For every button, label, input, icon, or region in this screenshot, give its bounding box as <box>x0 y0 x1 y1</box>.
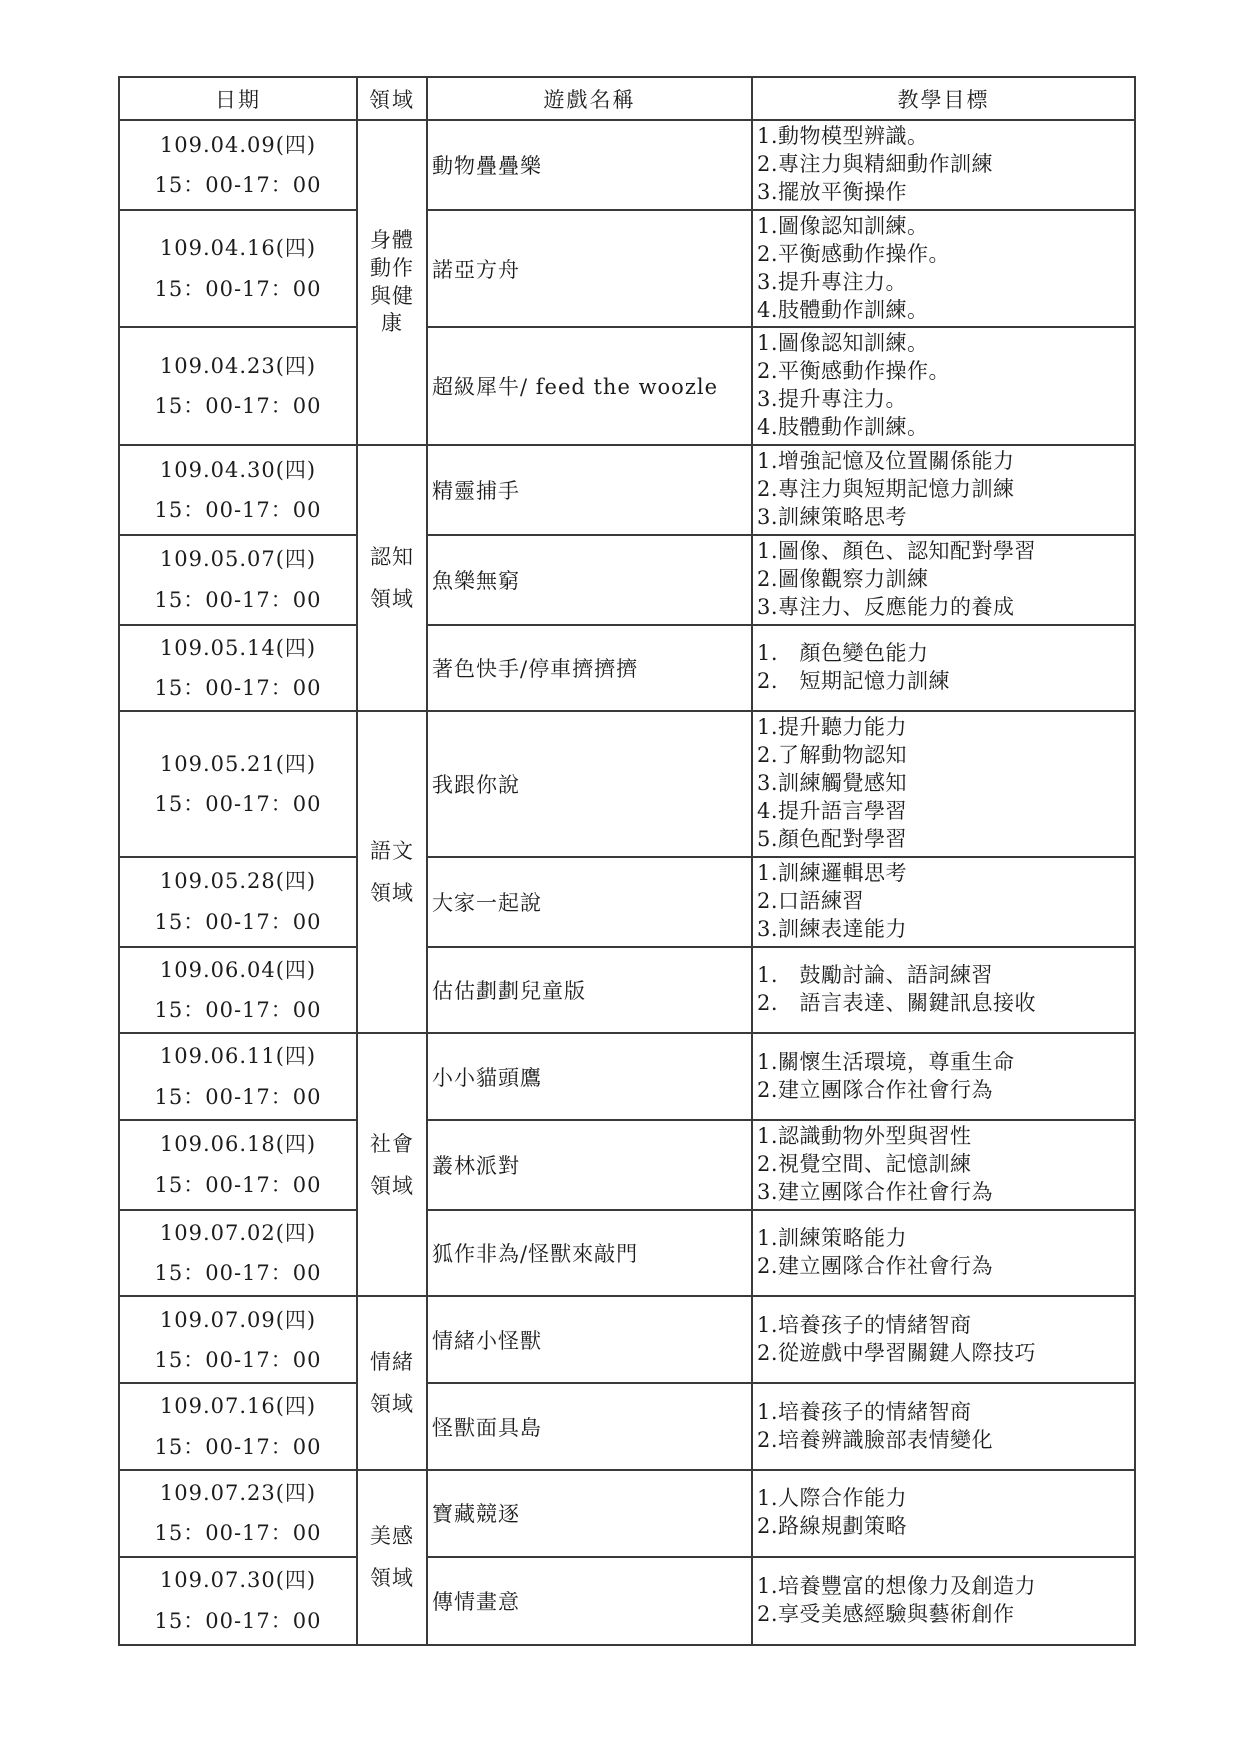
objectives-cell: 1.增強記憶及位置關係能力 2.專注力與短期記憶力訓練 3.訓練策略思考 <box>752 445 1135 535</box>
date-cell: 109.07.02(四) 15：00-17：00 <box>119 1210 357 1297</box>
objectives-cell: 1.培養孩子的情緒智商 2.培養辨識臉部表情變化 <box>752 1383 1135 1470</box>
table-row: 109.06.04(四) 15：00-17：00 估估劃劃兒童版 1. 鼓勵討論… <box>119 947 1135 1034</box>
table-row: 109.07.30(四) 15：00-17：00 傳情畫意 1.培養豐富的想像力… <box>119 1557 1135 1645</box>
objectives-cell: 1.圖像認知訓練。 2.平衡感動作操作。 3.提升專注力。 4.肢體動作訓練。 <box>752 327 1135 445</box>
objectives-cell: 1.訓練策略能力 2.建立團隊合作社會行為 <box>752 1210 1135 1297</box>
game-cell: 怪獸面具島 <box>427 1383 752 1470</box>
game-cell: 傳情畫意 <box>427 1557 752 1645</box>
date-cell: 109.06.04(四) 15：00-17：00 <box>119 947 357 1034</box>
table-row: 109.06.11(四) 15：00-17：00 社會 領域 小小貓頭鷹 1.關… <box>119 1033 1135 1120</box>
game-cell: 著色快手/停車擠擠擠 <box>427 625 752 712</box>
date-cell: 109.05.07(四) 15：00-17：00 <box>119 535 357 625</box>
date-cell: 109.07.23(四) 15：00-17：00 <box>119 1470 357 1557</box>
objectives-cell: 1.培養豐富的想像力及創造力 2.享受美感經驗與藝術創作 <box>752 1557 1135 1645</box>
table-row: 109.05.21(四) 15：00-17：00 語文 領域 我跟你說 1.提升… <box>119 711 1135 857</box>
domain-cell: 語文 領域 <box>357 711 427 1033</box>
objectives-cell: 1.動物模型辨識。 2.專注力與精細動作訓練 3.擺放平衡操作 <box>752 120 1135 210</box>
table-row: 109.05.28(四) 15：00-17：00 大家一起說 1.訓練邏輯思考 … <box>119 857 1135 947</box>
objectives-cell: 1.認識動物外型與習性 2.視覺空間、記憶訓練 3.建立團隊合作社會行為 <box>752 1120 1135 1210</box>
objectives-cell: 1.培養孩子的情緒智商 2.從遊戲中學習關鍵人際技巧 <box>752 1296 1135 1383</box>
game-cell: 估估劃劃兒童版 <box>427 947 752 1034</box>
date-cell: 109.04.23(四) 15：00-17：00 <box>119 327 357 445</box>
table-row: 109.07.16(四) 15：00-17：00 怪獸面具島 1.培養孩子的情緒… <box>119 1383 1135 1470</box>
objectives-cell: 1. 顏色變色能力 2. 短期記憶力訓練 <box>752 625 1135 712</box>
game-cell: 諾亞方舟 <box>427 210 752 328</box>
date-cell: 109.07.30(四) 15：00-17：00 <box>119 1557 357 1645</box>
objectives-cell: 1.圖像、顏色、認知配對學習 2.圖像觀察力訓練 3.專注力、反應能力的養成 <box>752 535 1135 625</box>
objectives-cell: 1.人際合作能力 2.路線規劃策略 <box>752 1470 1135 1557</box>
header-row: 日期 領域 遊戲名稱 教學目標 <box>119 77 1135 120</box>
date-cell: 109.07.09(四) 15：00-17：00 <box>119 1296 357 1383</box>
table-row: 109.04.16(四) 15：00-17：00 諾亞方舟 1.圖像認知訓練。 … <box>119 210 1135 328</box>
table-row: 109.04.23(四) 15：00-17：00 超級犀牛/ feed the … <box>119 327 1135 445</box>
game-cell: 精靈捕手 <box>427 445 752 535</box>
header-domain: 領域 <box>357 77 427 120</box>
game-cell: 超級犀牛/ feed the woozle <box>427 327 752 445</box>
date-cell: 109.06.11(四) 15：00-17：00 <box>119 1033 357 1120</box>
table-row: 109.04.09(四) 15：00-17：00 身體 動作 與健 康 動物疊疊… <box>119 120 1135 210</box>
table-row: 109.07.09(四) 15：00-17：00 情緒 領域 情緒小怪獸 1.培… <box>119 1296 1135 1383</box>
objectives-cell: 1.提升聽力能力 2.了解動物認知 3.訓練觸覺感知 4.提升語言學習 5.顏色… <box>752 711 1135 857</box>
domain-cell: 認知 領域 <box>357 445 427 711</box>
date-cell: 109.05.21(四) 15：00-17：00 <box>119 711 357 857</box>
table-row: 109.05.14(四) 15：00-17：00 著色快手/停車擠擠擠 1. 顏… <box>119 625 1135 712</box>
date-cell: 109.04.16(四) 15：00-17：00 <box>119 210 357 328</box>
date-cell: 109.04.30(四) 15：00-17：00 <box>119 445 357 535</box>
table-row: 109.07.23(四) 15：00-17：00 美感 領域 寶藏競逐 1.人際… <box>119 1470 1135 1557</box>
table-row: 109.07.02(四) 15：00-17：00 狐作非為/怪獸來敲門 1.訓練… <box>119 1210 1135 1297</box>
game-cell: 魚樂無窮 <box>427 535 752 625</box>
header-date: 日期 <box>119 77 357 120</box>
domain-cell: 身體 動作 與健 康 <box>357 120 427 445</box>
domain-cell: 美感 領域 <box>357 1470 427 1645</box>
game-cell: 我跟你說 <box>427 711 752 857</box>
header-objective: 教學目標 <box>752 77 1135 120</box>
date-cell: 109.05.14(四) 15：00-17：00 <box>119 625 357 712</box>
objectives-cell: 1.關懷生活環境，尊重生命 2.建立團隊合作社會行為 <box>752 1033 1135 1120</box>
table-row: 109.04.30(四) 15：00-17：00 認知 領域 精靈捕手 1.增強… <box>119 445 1135 535</box>
game-cell: 小小貓頭鷹 <box>427 1033 752 1120</box>
date-cell: 109.04.09(四) 15：00-17：00 <box>119 120 357 210</box>
objectives-cell: 1.訓練邏輯思考 2.口語練習 3.訓練表達能力 <box>752 857 1135 947</box>
domain-cell: 社會 領域 <box>357 1033 427 1296</box>
game-cell: 情緒小怪獸 <box>427 1296 752 1383</box>
date-cell: 109.07.16(四) 15：00-17：00 <box>119 1383 357 1470</box>
header-game: 遊戲名稱 <box>427 77 752 120</box>
schedule-table: 日期 領域 遊戲名稱 教學目標 109.04.09(四) 15：00-17：00… <box>118 76 1136 1646</box>
game-cell: 叢林派對 <box>427 1120 752 1210</box>
table-row: 109.06.18(四) 15：00-17：00 叢林派對 1.認識動物外型與習… <box>119 1120 1135 1210</box>
game-cell: 寶藏競逐 <box>427 1470 752 1557</box>
domain-cell: 情緒 領域 <box>357 1296 427 1470</box>
objectives-cell: 1.圖像認知訓練。 2.平衡感動作操作。 3.提升專注力。 4.肢體動作訓練。 <box>752 210 1135 328</box>
date-cell: 109.05.28(四) 15：00-17：00 <box>119 857 357 947</box>
game-cell: 大家一起說 <box>427 857 752 947</box>
date-cell: 109.06.18(四) 15：00-17：00 <box>119 1120 357 1210</box>
document-page: 日期 領域 遊戲名稱 教學目標 109.04.09(四) 15：00-17：00… <box>0 0 1241 1754</box>
objectives-cell: 1. 鼓勵討論、語詞練習 2. 語言表達、關鍵訊息接收 <box>752 947 1135 1034</box>
game-cell: 動物疊疊樂 <box>427 120 752 210</box>
table-row: 109.05.07(四) 15：00-17：00 魚樂無窮 1.圖像、顏色、認知… <box>119 535 1135 625</box>
game-cell: 狐作非為/怪獸來敲門 <box>427 1210 752 1297</box>
